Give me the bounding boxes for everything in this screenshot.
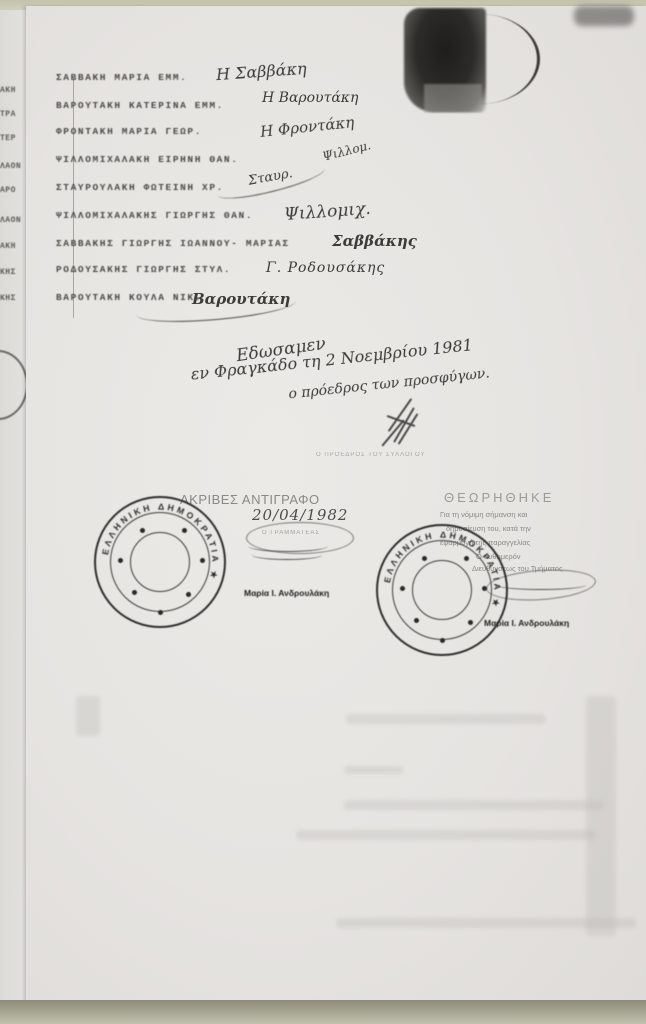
official-round-seal: ΕΛΛΗΝΙΚΗ ΔΗΜΟΚΡΑΤΙΑ ★ [94,496,226,628]
signature: Γ. Ροδουσάκης [266,260,385,276]
typed-name-row: ΒΑΡΟΥΤΑΚΗ ΚΑΤΕΡΙΝΑ ΕΜΜ. [56,100,224,116]
bleed-through [586,696,616,936]
partial-seal-left [0,350,28,420]
typed-name-row: ΨΙΛΛΟΜΙΧΑΛΑΚΗΣ ΓΙΩΡΓΗΣ ΘΑΝ. [56,210,253,226]
typed-name-row: ΣΤΑΥΡΟΥΛΑΚΗ ΦΩΤΕΙΝΗ ΧΡ. [56,182,224,198]
president-signature [376,402,426,452]
left-fragment: ΑΚΗ [0,242,26,252]
closing-line-3: ο πρόεδρος των προσφύγων. [288,365,491,402]
background-bottom [0,1000,646,1024]
bleed-through [76,696,100,736]
seal-text: ΕΛΛΗΝΙΚΗ ΔΗΜΟΚΡΑΤΙΑ ★ [378,526,506,654]
bleed-through [344,766,404,774]
signature-flourish [252,550,322,560]
left-fragment: ΑΡΟ [0,186,26,196]
left-fragment: ΚΗΣ [0,294,26,304]
signature: Η Βαρουτάκη [262,90,358,106]
svg-text:ΕΛΛΗΝΙΚΗ ΔΗΜΟΚΡΑΤΙΑ ★: ΕΛΛΗΝΙΚΗ ΔΗΜΟΚΡΑΤΙΑ ★ [100,501,220,582]
typed-name-row: ΣΑΒΒΑΚΗΣ ΓΙΩΡΓΗΣ ΙΩΑΝΝΟΥ- ΜΑΡΙΑΣ [56,238,290,254]
copy-stamp-signatory: Μαρία Ι. Ανδρουλάκη [244,588,329,598]
certified-line: Για τη νόμιμη σήμανση και [440,510,527,519]
left-fragment: ΛΑΟΝ [0,216,26,226]
left-fragment: ΤΡΑ [0,110,26,120]
typed-name-row: ΨΙΛΛΟΜΙΧΑΛΑΚΗ ΕΙΡΗΝΗ ΘΑΝ. [56,154,239,170]
bleed-through [296,830,596,840]
ink-smudge [574,6,634,26]
signature: Η Σαββάκη [215,59,307,84]
bleed-through [344,800,604,810]
signature: Ψιλλομιχ. [283,199,371,225]
left-fragment: ΑΚΗ [0,86,26,96]
certified-stamp-title: ΘΕΩΡΗΘΗΚΕ [444,490,554,505]
bleed-through [346,714,546,724]
typed-name-row: ΦΡΟΝΤΑΚΗ ΜΑΡΙΑ ΓΕΩΡ. [56,126,202,142]
left-fragment: ΤΕΡ [0,134,26,144]
typed-name-row: ΡΟΔΟΥΣΑΚΗΣ ΓΙΩΡΓΗΣ ΣΤΥΛ. [56,264,231,280]
signature: Η Φροντάκη [259,113,355,141]
svg-text:ΕΛΛΗΝΙΚΗ ΔΗΜΟΚΡΑΤΙΑ ★: ΕΛΛΗΝΙΚΗ ΔΗΜΟΚΡΑΤΙΑ ★ [382,529,502,610]
cancellation-arc [420,14,540,104]
previous-page-edge: ΑΚΗ ΤΡΑ ΤΕΡ ΛΑΟΝ ΑΡΟ ΛΑΟΝ ΑΚΗ ΚΗΣ ΚΗΣ [0,10,28,1002]
official-round-seal: ΕΛΛΗΝΙΚΗ ΔΗΜΟΚΡΑΤΙΑ ★ [376,524,508,656]
signature: Ψιλλομ. [321,138,372,164]
under-signature-text: Ο ΠΡΟΕΔΡΟΣ ΤΟΥ ΣΥΛΛΟΓΟΥ [316,452,425,458]
signature-flourish [496,580,586,590]
signature: Σαββάκης [332,232,417,250]
left-fragment: ΛΑΟΝ [0,162,26,172]
left-fragment: ΚΗΣ [0,268,26,278]
document-page: ΣΑΒΒΑΚΗ ΜΑΡΙΑ ΕΜΜ. ΒΑΡΟΥΤΑΚΗ ΚΑΤΕΡΙΝΑ ΕΜ… [26,6,646,1006]
typed-name-row: ΣΑΒΒΑΚΗ ΜΑΡΙΑ ΕΜΜ. [56,72,187,88]
seal-text: ΕΛΛΗΝΙΚΗ ΔΗΜΟΚΡΑΤΙΑ ★ [96,498,224,626]
